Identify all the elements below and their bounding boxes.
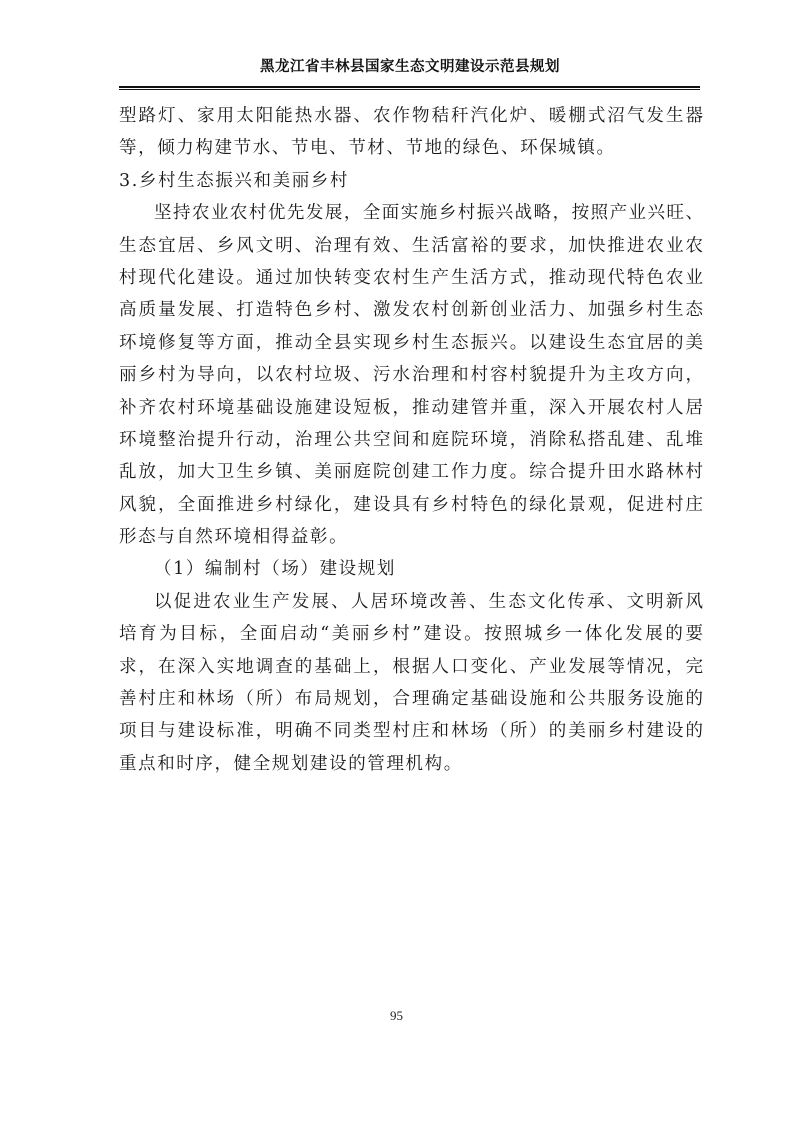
- text-line: 形态与自然环境相得益彰。: [119, 521, 703, 553]
- text-line: 重点和时序，健全规划建设的管理机构。: [119, 748, 703, 780]
- text-line: 型路灯、家用太阳能热水器、农作物秸秆汽化炉、暖棚式沼气发生器: [119, 100, 703, 132]
- text-line: 风貌，全面推进乡村绿化，建设具有乡村特色的绿化景观，促进村庄: [119, 489, 703, 521]
- running-header-title: 黑龙江省丰林县国家生态文明建设示范县规划: [120, 55, 700, 76]
- document-body: 型路灯、家用太阳能热水器、农作物秸秆汽化炉、暖棚式沼气发生器 等，倾力构建节水、…: [119, 100, 703, 780]
- text-line: 补齐农村环境基础设施建设短板，推动建管并重，深入开展农村人居: [119, 392, 703, 424]
- text-line: 善村庄和林场（所）布局规划，合理确定基础设施和公共服务设施的: [119, 683, 703, 715]
- paragraph-first-line: 坚持农业农村优先发展，全面实施乡村振兴战略，按照产业兴旺、: [119, 197, 703, 229]
- text-line: 环境修复等方面，推动全县实现乡村生态振兴。以建设生态宜居的美: [119, 327, 703, 359]
- text-line: 村现代化建设。通过加快转变农村生产生活方式，推动现代特色农业: [119, 262, 703, 294]
- text-line: 乱放，加大卫生乡镇、美丽庭院创建工作力度。综合提升田水路林村: [119, 456, 703, 488]
- header-rule-thick: [119, 86, 700, 88]
- text-line: 环境整治提升行动，治理公共空间和庭院环境，消除私搭乱建、乱堆: [119, 424, 703, 456]
- text-line: 丽乡村为导向，以农村垃圾、污水治理和村容村貌提升为主攻方向，: [119, 359, 703, 391]
- header-double-rule: [119, 86, 700, 91]
- text-line: 求，在深入实地调查的基础上，根据人口变化、产业发展等情况，完: [119, 651, 703, 683]
- text-line: 项目与建设标准，明确不同类型村庄和林场（所）的美丽乡村建设的: [119, 715, 703, 747]
- text-line: 生态宜居、乡风文明、治理有效、生活富裕的要求，加快推进农业农: [119, 230, 703, 262]
- section-heading: 3.乡村生态振兴和美丽乡村: [119, 165, 703, 197]
- text-line: 培育为目标，全面启动“美丽乡村”建设。按照城乡一体化发展的要: [119, 618, 703, 650]
- page-number: 95: [0, 1008, 793, 1024]
- text-line: 等，倾力构建节水、节电、节材、节地的绿色、环保城镇。: [119, 132, 703, 164]
- paragraph-first-line: 以促进农业生产发展、人居环境改善、生态文化传承、文明新风: [119, 586, 703, 618]
- subsection-heading: （1）编制村（场）建设规划: [119, 553, 703, 585]
- text-line: 高质量发展、打造特色乡村、激发农村创新创业活力、加强乡村生态: [119, 294, 703, 326]
- header-rule-thin: [119, 89, 700, 90]
